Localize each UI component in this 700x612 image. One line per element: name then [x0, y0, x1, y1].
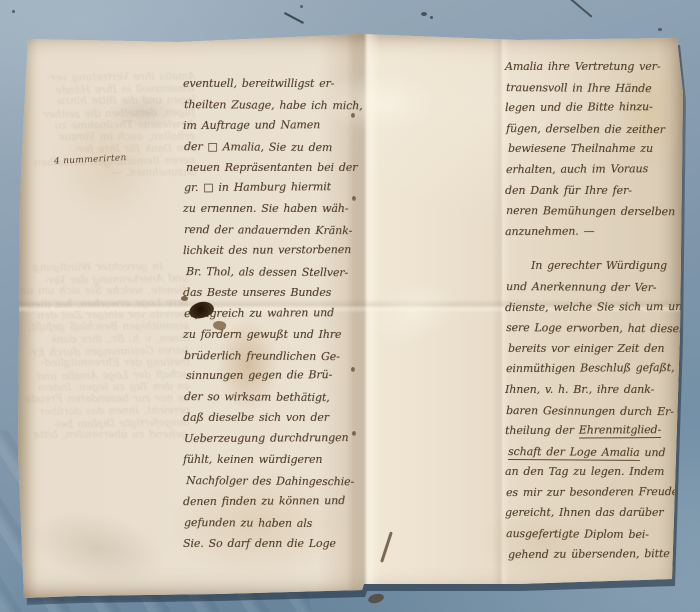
fabric-speck	[430, 16, 433, 19]
fabric-speck	[658, 28, 662, 31]
right-page-paragraph-1: Amalia ihre Vertretung ver-trauensvoll i…	[505, 57, 687, 242]
ink-bleedthrough: In gerechter Würdigungund Anerkennung de…	[39, 260, 191, 442]
photo-handwritten-letter: Amalia ihre Vertretung ver-trauensvoll i…	[0, 0, 700, 612]
fabric-speck	[12, 10, 15, 13]
fabric-speck	[421, 12, 427, 16]
pen-slash-mark	[380, 531, 392, 562]
letter-paper: Amalia ihre Vertretung ver-trauensvoll i…	[18, 33, 684, 599]
right-page-text-column: Amalia ihre Vertretung ver-trauensvoll i…	[505, 57, 687, 565]
right-page-paragraph-2: In gerechter Würdigungund Anerkennung de…	[505, 256, 687, 565]
fabric-speck	[300, 5, 303, 8]
ink-blot-small	[181, 296, 188, 301]
wrinkle-shading	[22, 497, 175, 599]
